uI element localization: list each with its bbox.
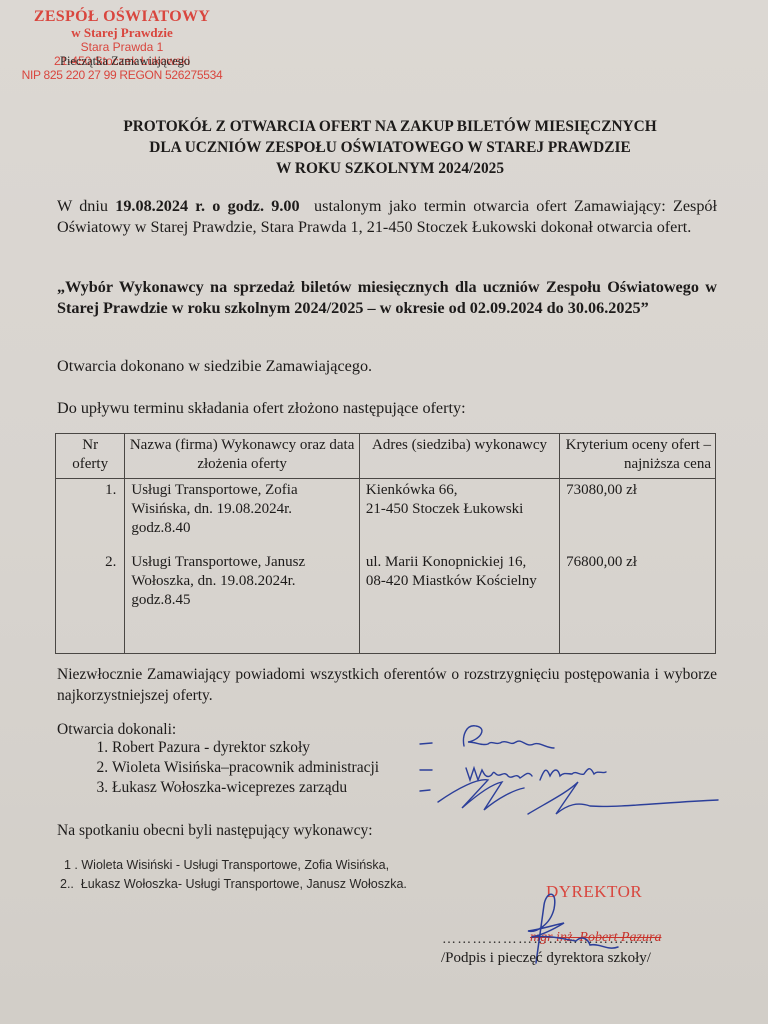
subject-quote: „Wybór Wykonawcy na sprzedaż biletów mie… [57, 277, 717, 319]
stamp-line-2: w Starej Prawdzie [8, 26, 236, 41]
address-line-1: ul. Marii Konopnickiej 16, [366, 553, 553, 572]
stamp-line-3: Stara Prawda 1 [8, 41, 236, 55]
stamp-line-1: ZESPÓŁ OŚWIATOWY [8, 8, 236, 26]
address-line-2: 21-450 Stoczek Łukowski [366, 500, 553, 519]
header-name: Nazwa (firma) Wykonawcy oraz data złożen… [125, 434, 360, 479]
list-item: 2.. Łukasz Wołoszka- Usługi Transportowe… [60, 875, 407, 894]
table-row: 2. Usługi Transportowe, Janusz Wołoszka,… [56, 553, 716, 654]
stamp-line-4: 21-450 Stoczek Łukowski Pieczątka Zamawi… [8, 55, 236, 69]
stamp-caption-overlay: Pieczątka Zamawiającego [60, 54, 190, 68]
header-criterion: Kryterium oceny ofert – najniższa cena [560, 434, 716, 479]
intro-date: 19.08.2024 r. o godz. 9.00 [115, 197, 299, 215]
document-title: PROTOKÓŁ Z OTWARCIA OFERT NA ZAKUP BILET… [73, 116, 707, 179]
notify-paragraph: Niezwłocznie Zamawiający powiadomi wszys… [57, 664, 717, 706]
list-item: Robert Pazura - dyrektor szkoły [112, 738, 379, 758]
cell-nr: 1. [56, 479, 125, 554]
cell-name: Usługi Transportowe, Janusz Wołoszka, dn… [125, 553, 360, 654]
cell-nr: 2. [56, 553, 125, 654]
title-line-3: W ROKU SZKOLNYM 2024/2025 [73, 158, 707, 179]
offers-table: Nr oferty Nazwa (firma) Wykonawcy oraz d… [55, 433, 716, 654]
title-line-2: DLA UCZNIÓW ZESPOŁU OŚWIATOWEGO W STAREJ… [73, 137, 707, 158]
list-item: Łukasz Wołoszka-wiceprezes zarządu [112, 778, 379, 798]
stamp-line-5: NIP 825 220 27 99 REGON 526275534 [8, 69, 236, 83]
present-list: 1 . Wioleta Wisiński - Usługi Transporto… [64, 856, 407, 894]
header-nr-line-1: Nr [60, 436, 120, 455]
cell-address: ul. Marii Konopnickiej 16, 08-420 Miastk… [359, 553, 559, 654]
header-address: Adres (siedziba) wykonawcy [359, 434, 559, 479]
header-nr: Nr oferty [56, 434, 125, 479]
address-line-1: Kienkówka 66, [366, 481, 553, 500]
cell-name: Usługi Transportowe, Zofia Wisińska, dn.… [125, 479, 360, 554]
cell-price: 76800,00 zł [560, 553, 716, 654]
intro-prefix: W dniu [57, 197, 115, 215]
opening-place: Otwarcia dokonano w siedzibie Zamawiając… [57, 356, 717, 377]
cell-price: 73080,00 zł [560, 479, 716, 554]
table-row: 1. Usługi Transportowe, Zofia Wisińska, … [56, 479, 716, 554]
address-line-2: 08-420 Miastków Kościelny [366, 572, 553, 591]
school-stamp: ZESPÓŁ OŚWIATOWY w Starej Prawdzie Stara… [8, 8, 236, 83]
list-item: 1 . Wioleta Wisiński - Usługi Transporto… [64, 856, 407, 875]
list-item: Wioleta Wisińska–pracownik administracji [112, 758, 379, 778]
present-label: Na spotkaniu obecni byli następujący wyk… [57, 820, 717, 841]
header-nr-line-2: oferty [60, 455, 120, 474]
offers-intro: Do upływu terminu składania ofert złożon… [57, 398, 717, 419]
cell-address: Kienkówka 66, 21-450 Stoczek Łukowski [359, 479, 559, 554]
table-header-row: Nr oferty Nazwa (firma) Wykonawcy oraz d… [56, 434, 716, 479]
handwritten-signatures [418, 718, 738, 828]
opened-by-list: Robert Pazura - dyrektor szkoły Wioleta … [84, 738, 379, 798]
intro-paragraph: W dniu 19.08.2024 r. o godz. 9.00 ustalo… [57, 196, 717, 238]
signature-caption: /Podpis i pieczęć dyrektora szkoły/ [441, 950, 651, 967]
title-line-1: PROTOKÓŁ Z OTWARCIA OFERT NA ZAKUP BILET… [73, 116, 707, 137]
